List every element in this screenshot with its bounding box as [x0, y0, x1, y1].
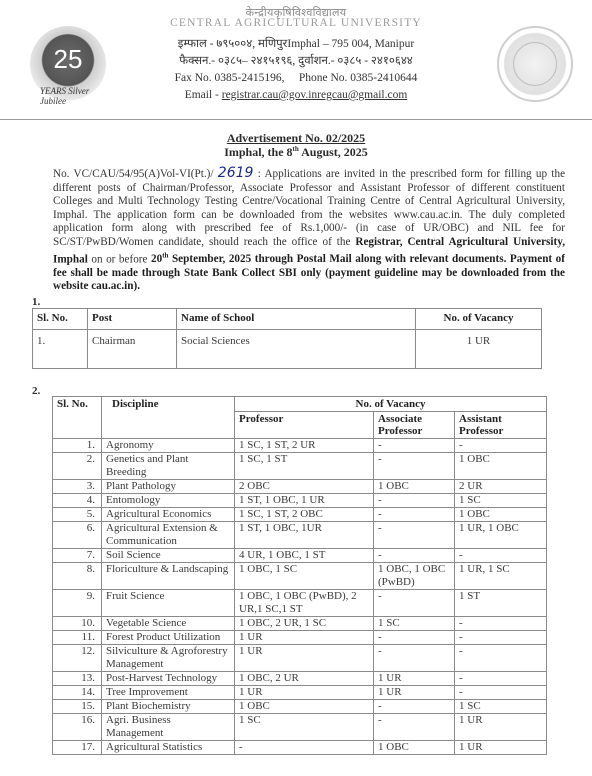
cell-professor: 1 OBC, 1 SC [235, 563, 374, 590]
col-post: Post [88, 309, 177, 330]
cell-discipline: Entomology [102, 494, 235, 508]
cell-assistant-professor: 1 UR [455, 741, 547, 755]
col-discipline: Discipline [102, 397, 235, 439]
cell-assistant-professor: 1 SC [455, 494, 547, 508]
table-header-row: Sl. No. Discipline No. of Vacancy [53, 397, 547, 412]
address-hindi: इम्फाल - ७९५००४, मणिपुर [178, 38, 288, 50]
cell-assistant-professor: - [455, 686, 547, 700]
cell-discipline: Plant Pathology [102, 480, 235, 494]
cell-assistant-professor: 1 OBC [455, 508, 547, 522]
cell-sl-no: 7. [53, 549, 102, 563]
cell-assistant-professor: - [455, 549, 547, 563]
cell-associate-professor: 1 OBC [374, 480, 455, 494]
cell-post: Chairman [88, 330, 177, 369]
cell-sl-no: 8. [53, 563, 102, 590]
cell-assistant-professor: 1 UR, 1 SC [455, 563, 547, 590]
logo-caption: YEARS Silver Jubilee [40, 86, 106, 106]
cell-discipline: Agricultural Statistics [102, 741, 235, 755]
cell-assistant-professor: 1 UR [455, 714, 547, 741]
cell-discipline: Forest Product Utilization [102, 631, 235, 645]
silver-jubilee-logo-icon: 25 YEARS Silver Jubilee [30, 26, 106, 102]
cell-assistant-professor: 1 ST [455, 590, 547, 617]
fax-number: Fax No. 0385-2415196, [175, 72, 285, 84]
address-line: इम्फाल - ७९५००४, मणिपुरImphal – 795 004,… [120, 36, 472, 51]
cell-associate-professor: - [374, 508, 455, 522]
table-row: 10.Vegetable Science1 OBC, 2 UR, 1 SC1 S… [53, 617, 547, 631]
cell-school: Social Sciences [177, 330, 416, 369]
col-sl-no: Sl. No. [33, 309, 88, 330]
fax-phone-hindi: फैक्सन.- ०३८५– २४१५१९६, दुर्वाशन.- ०३८५ … [120, 53, 472, 68]
university-name: CENTRAL AGRICULTURAL UNIVERSITY [120, 17, 472, 29]
cell-sl-no: 11. [53, 631, 102, 645]
cell-discipline: Plant Biochemistry [102, 700, 235, 714]
col-school: Name of School [177, 309, 416, 330]
col-assistant-professor: Assistant Professor [455, 412, 547, 439]
advertisement-body: No. VC/CAU/54/95(A)Vol-VI(Pt.)/ 2619 : A… [53, 167, 565, 294]
table-row: 2.Genetics and Plant Breeding1 SC, 1 ST-… [53, 453, 547, 480]
table-row: 6.Agricultural Extension & Communication… [53, 522, 547, 549]
header-divider [0, 119, 592, 120]
cell-sl-no: 15. [53, 700, 102, 714]
cell-assistant-professor: 1 SC [455, 700, 547, 714]
cell-discipline: Agricultural Economics [102, 508, 235, 522]
table-row: 14.Tree Improvement1 UR1 UR- [53, 686, 547, 700]
col-professor: Professor [235, 412, 374, 439]
cell-professor: 1 OBC, 1 OBC (PwBD), 2 UR,1 SC,1 ST [235, 590, 374, 617]
cell-associate-professor: - [374, 645, 455, 672]
address-english: Imphal – 795 004, Manipur [287, 38, 414, 50]
cell-associate-professor: - [374, 700, 455, 714]
cell-sl-no: 10. [53, 617, 102, 631]
cell-professor: 2 OBC [235, 480, 374, 494]
col-group-vacancy: No. of Vacancy [235, 397, 547, 412]
cell-sl-no: 14. [53, 686, 102, 700]
advertisement-title: Advertisement No. 02/2025 [0, 131, 592, 146]
cell-professor: 1 SC, 1 ST, 2 OBC [235, 508, 374, 522]
section-1-label: 1. [32, 296, 40, 308]
cell-assistant-professor: 1 UR, 1 OBC [455, 522, 547, 549]
cell-sl-no: 16. [53, 714, 102, 741]
advertisement-date: Imphal, the 8th August, 2025 [0, 145, 592, 160]
cell-professor: 1 ST, 1 OBC, 1 UR [235, 494, 374, 508]
cell-discipline: Post-Harvest Technology [102, 672, 235, 686]
cell-vacancy: 1 UR [416, 330, 542, 369]
cell-sl-no: 6. [53, 522, 102, 549]
cell-professor: 1 UR [235, 686, 374, 700]
cell-discipline: Genetics and Plant Breeding [102, 453, 235, 480]
cell-professor: 1 OBC, 2 UR, 1 SC [235, 617, 374, 631]
email-label: Email - [185, 89, 222, 101]
cell-associate-professor: - [374, 522, 455, 549]
col-vacancy: No. of Vacancy [416, 309, 542, 330]
table-row: 12.Silviculture & Agroforestry Managemen… [53, 645, 547, 672]
cell-sl-no: 1. [33, 330, 88, 369]
cell-discipline: Agri. Business Management [102, 714, 235, 741]
phone-number: Phone No. 0385-2410644 [299, 72, 418, 84]
cell-associate-professor: 1 UR [374, 672, 455, 686]
faculty-vacancy-table: Sl. No. Discipline No. of Vacancy Profes… [52, 396, 547, 755]
cell-associate-professor: - [374, 590, 455, 617]
cell-professor: - [235, 741, 374, 755]
cell-associate-professor: - [374, 439, 455, 453]
table-row: 4.Entomology1 ST, 1 OBC, 1 UR-1 SC [53, 494, 547, 508]
cell-discipline: Floriculture & Landscaping [102, 563, 235, 590]
cell-professor: 1 SC [235, 714, 374, 741]
cell-discipline: Vegetable Science [102, 617, 235, 631]
cell-associate-professor: - [374, 453, 455, 480]
table-row: 1.ChairmanSocial Sciences1 UR [33, 330, 542, 369]
cell-professor: 1 UR [235, 645, 374, 672]
cell-sl-no: 13. [53, 672, 102, 686]
cell-associate-professor: 1 SC [374, 617, 455, 631]
cell-assistant-professor: - [455, 645, 547, 672]
cell-discipline: Silviculture & Agroforestry Management [102, 645, 235, 672]
col-associate-professor: Associate Professor [374, 412, 455, 439]
section-2-label: 2. [32, 385, 40, 397]
email-link[interactable]: registrar.cau@gov.inregcau@gmail.com [222, 89, 408, 101]
cell-professor: 1 UR [235, 631, 374, 645]
cell-associate-professor: - [374, 549, 455, 563]
table-row: 9.Fruit Science1 OBC, 1 OBC (PwBD), 2 UR… [53, 590, 547, 617]
cell-assistant-professor: - [455, 672, 547, 686]
cell-professor: 1 OBC, 2 UR [235, 672, 374, 686]
university-emblem-icon [497, 26, 573, 102]
table-row: 1.Agronomy1 SC, 1 ST, 2 UR-- [53, 439, 547, 453]
table-row: 8.Floriculture & Landscaping1 OBC, 1 SC1… [53, 563, 547, 590]
cell-professor: 1 ST, 1 OBC, 1UR [235, 522, 374, 549]
cell-discipline: Fruit Science [102, 590, 235, 617]
cell-assistant-professor: - [455, 631, 547, 645]
cell-assistant-professor: 1 OBC [455, 453, 547, 480]
table-row: 5.Agricultural Economics1 SC, 1 ST, 2 OB… [53, 508, 547, 522]
cell-associate-professor: - [374, 714, 455, 741]
col-sl-no: Sl. No. [53, 397, 102, 439]
cell-sl-no: 5. [53, 508, 102, 522]
cell-sl-no: 1. [53, 439, 102, 453]
table-row: 17.Agricultural Statistics-1 OBC1 UR [53, 741, 547, 755]
table-row: 7.Soil Science4 UR, 1 OBC, 1 ST-- [53, 549, 547, 563]
handwritten-number: 2619 [218, 165, 254, 181]
email-line: Email - registrar.cau@gov.inregcau@gmail… [120, 89, 472, 101]
reference-number: No. VC/CAU/54/95(A)Vol-VI(Pt.)/ [53, 168, 214, 180]
cell-associate-professor: 1 OBC [374, 741, 455, 755]
chairman-vacancy-table: Sl. No. Post Name of School No. of Vacan… [32, 308, 542, 369]
cell-professor: 1 SC, 1 ST [235, 453, 374, 480]
table-row: 16.Agri. Business Management1 SC-1 UR [53, 714, 547, 741]
cell-professor: 1 SC, 1 ST, 2 UR [235, 439, 374, 453]
cell-associate-professor: - [374, 631, 455, 645]
cell-discipline: Agronomy [102, 439, 235, 453]
table-row: 13.Post-Harvest Technology1 OBC, 2 UR1 U… [53, 672, 547, 686]
fax-phone-line: Fax No. 0385-2415196, Phone No. 0385-241… [120, 72, 472, 84]
cell-assistant-professor: 2 UR [455, 480, 547, 494]
cell-associate-professor: - [374, 494, 455, 508]
cell-discipline: Agricultural Extension & Communication [102, 522, 235, 549]
cell-discipline: Tree Improvement [102, 686, 235, 700]
cell-sl-no: 2. [53, 453, 102, 480]
table-row: 11.Forest Product Utilization1 UR-- [53, 631, 547, 645]
cell-assistant-professor: - [455, 617, 547, 631]
table-row: 3.Plant Pathology2 OBC1 OBC2 UR [53, 480, 547, 494]
table-header-row: Sl. No. Post Name of School No. of Vacan… [33, 309, 542, 330]
cell-professor: 4 UR, 1 OBC, 1 ST [235, 549, 374, 563]
cell-professor: 1 OBC [235, 700, 374, 714]
logo-number: 25 [30, 44, 106, 75]
cell-sl-no: 17. [53, 741, 102, 755]
cell-assistant-professor: - [455, 439, 547, 453]
cell-associate-professor: 1 OBC, 1 OBC (PwBD) [374, 563, 455, 590]
cell-associate-professor: 1 UR [374, 686, 455, 700]
table-row: 15.Plant Biochemistry1 OBC-1 SC [53, 700, 547, 714]
cell-sl-no: 9. [53, 590, 102, 617]
cell-sl-no: 12. [53, 645, 102, 672]
cell-sl-no: 3. [53, 480, 102, 494]
cell-sl-no: 4. [53, 494, 102, 508]
emblem-inner [513, 42, 557, 86]
cell-discipline: Soil Science [102, 549, 235, 563]
